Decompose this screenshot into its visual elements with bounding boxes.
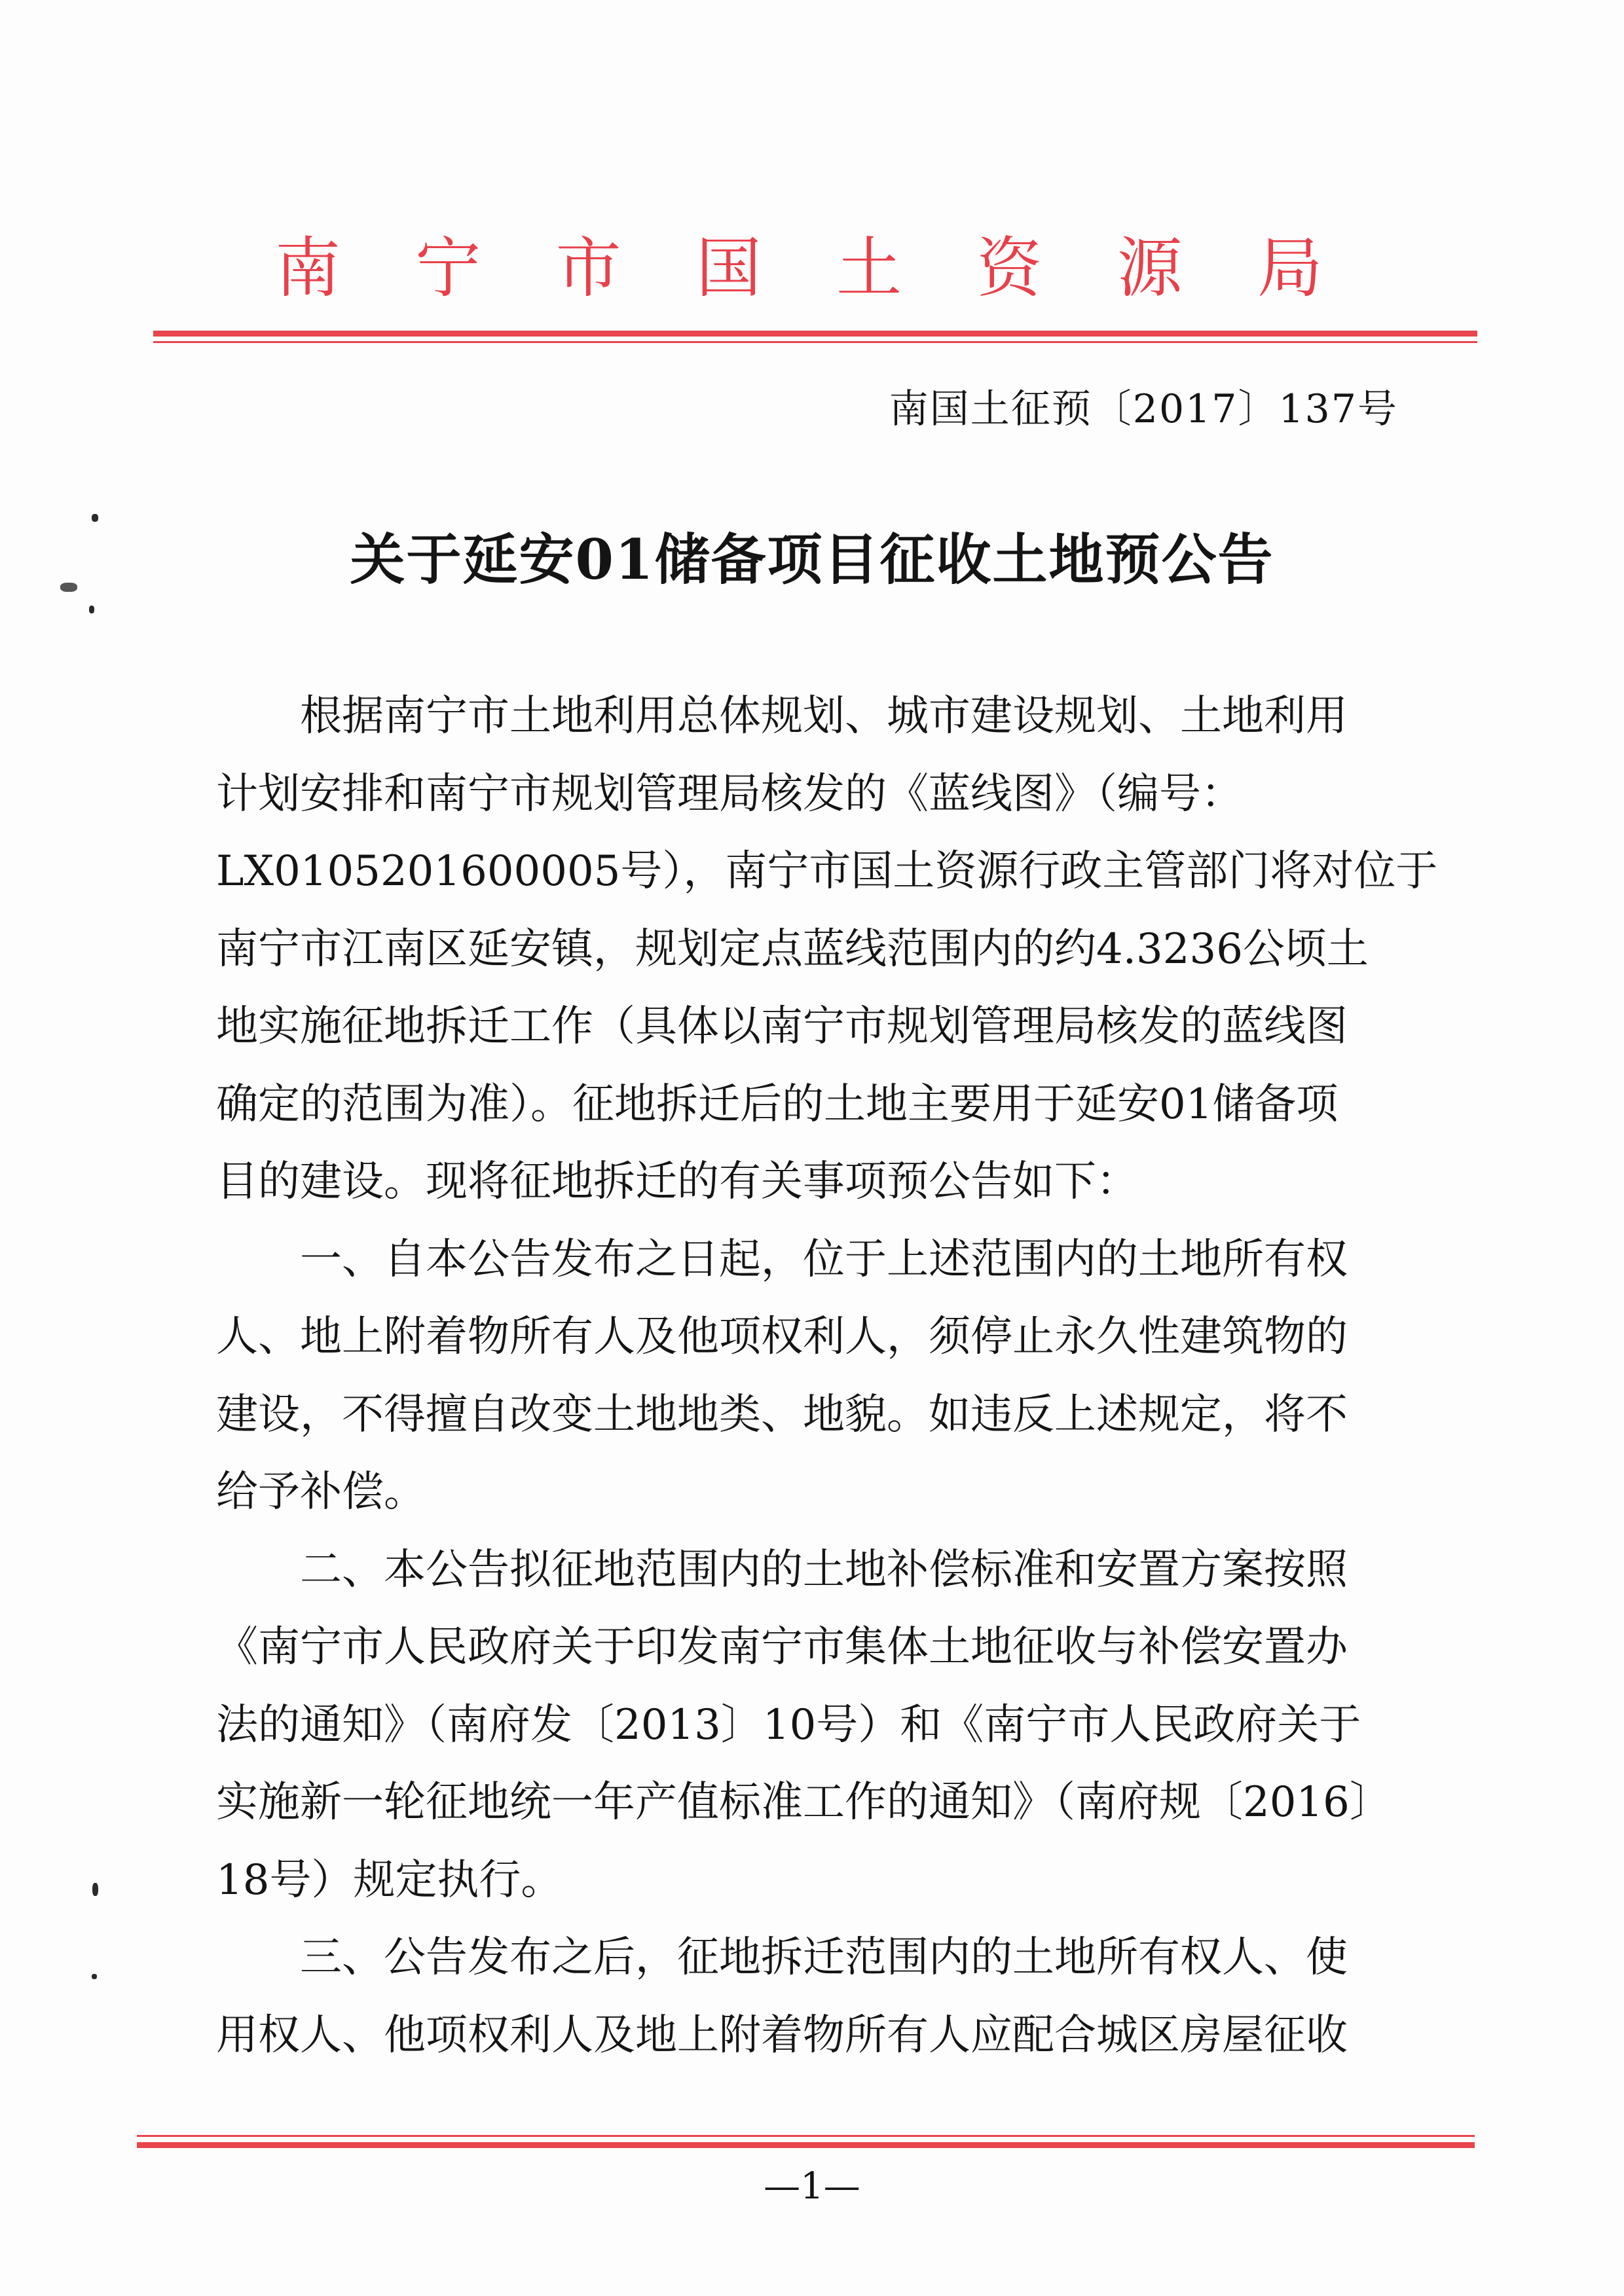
document-number: 南国土征预〔2017〕137号 [889, 380, 1398, 439]
header-rule-thin [153, 341, 1477, 343]
body-line-text: LX0105201600005号），南宁市国土资源行政主管部门将对位于 [216, 833, 1437, 911]
document-title: 关于延安01储备项目征收土地预公告 [0, 517, 1624, 602]
body-line: 用权人、他项权利人及地上附着物所有人应配合城区房屋征收 [216, 1997, 1405, 2075]
page-number: —1— [0, 2160, 1624, 2213]
letterhead-char: 资 [976, 229, 1042, 308]
scan-artifact-mark [92, 1883, 98, 1896]
body-line: 《南宁市人民政府关于印发南宁市集体土地征收与补偿安置办 [216, 1609, 1405, 1686]
body-line-text: 人、地上附着物所有人及他项权利人，须停止永久性建筑物的 [216, 1298, 1348, 1376]
body-line-text: 法的通知》（南府发〔2013〕10号）和《南宁市人民政府关于 [216, 1686, 1361, 1764]
body-line-text: 三、公告发布之后，征地拆迁范围内的土地所有权人、使 [300, 1919, 1348, 1997]
body-line: 建设，不得擅自改变土地地类、地貌。如违反上述规定，将不 [216, 1376, 1405, 1454]
body-line: 实施新一轮征地统一年产值标准工作的通知》（南府规〔2016〕 [216, 1764, 1405, 1842]
body-line: 南宁市江南区延安镇，规划定点蓝线范围内的约4.3236公顷土 [216, 911, 1405, 989]
footer-rule-thick [137, 2142, 1475, 2148]
body-line-text: 地实施征地拆迁工作（具体以南宁市规划管理局核发的蓝线图 [216, 988, 1348, 1066]
letterhead-char: 土 [836, 229, 902, 308]
body-line: 二、本公告拟征地范围内的土地补偿标准和安置方案按照 [216, 1531, 1405, 1609]
scan-artifact-mark [92, 514, 98, 522]
body-line-text: 给予补偿。 [216, 1453, 426, 1531]
body-line: 人、地上附着物所有人及他项权利人，须停止永久性建筑物的 [216, 1298, 1405, 1376]
body-line-text: 南宁市江南区延安镇，规划定点蓝线范围内的约4.3236公顷土 [216, 911, 1369, 989]
body-line: 确定的范围为准）。征地拆迁后的土地主要用于延安01储备项 [216, 1066, 1405, 1144]
body-line-text: 一、自本公告发布之日起，位于上述范围内的土地所有权 [300, 1221, 1348, 1299]
body-line-text: 根据南宁市土地利用总体规划、城市建设规划、土地利用 [300, 678, 1348, 756]
body-line-text: 用权人、他项权利人及地上附着物所有人应配合城区房屋征收 [216, 1997, 1348, 2075]
body-line-text: 实施新一轮征地统一年产值标准工作的通知》（南府规〔2016〕 [216, 1764, 1392, 1842]
document-body: 根据南宁市土地利用总体规划、城市建设规划、土地利用 计划安排和南宁市规划管理局核… [216, 678, 1405, 2074]
body-line: 法的通知》（南府发〔2013〕10号）和《南宁市人民政府关于 [216, 1686, 1405, 1764]
header-rule-thick [153, 331, 1477, 337]
body-line: 地实施征地拆迁工作（具体以南宁市规划管理局核发的蓝线图 [216, 988, 1405, 1066]
body-line-text: 确定的范围为准）。征地拆迁后的土地主要用于延安01储备项 [216, 1066, 1338, 1144]
body-line: 给予补偿。 [216, 1453, 1405, 1531]
footer-rule-thin [137, 2135, 1475, 2137]
body-line-text: 计划安排和南宁市规划管理局核发的《蓝线图》（编号： [216, 756, 1243, 833]
body-line: LX0105201600005号），南宁市国土资源行政主管部门将对位于 [216, 833, 1405, 911]
letterhead-char: 市 [556, 229, 621, 308]
organization-letterhead: 南 宁 市 国 土 资 源 局 [275, 229, 1323, 308]
body-line: 计划安排和南宁市规划管理局核发的《蓝线图》（编号： [216, 756, 1405, 833]
body-line: 一、自本公告发布之日起，位于上述范围内的土地所有权 [216, 1221, 1405, 1299]
scan-artifact-mark [92, 1974, 97, 1979]
scan-artifact-mark [89, 606, 94, 613]
body-line-text: 二、本公告拟征地范围内的土地补偿标准和安置方案按照 [300, 1531, 1348, 1609]
body-line-text: 《南宁市人民政府关于印发南宁市集体土地征收与补偿安置办 [216, 1609, 1348, 1686]
body-line: 三、公告发布之后，征地拆迁范围内的土地所有权人、使 [216, 1919, 1405, 1997]
letterhead-char: 南 [275, 229, 341, 308]
body-line: 目的建设。现将征地拆迁的有关事项预公告如下： [216, 1143, 1405, 1221]
letterhead-char: 国 [696, 229, 762, 308]
body-line: 18号）规定执行。 [216, 1842, 1405, 1920]
body-line-text: 目的建设。现将征地拆迁的有关事项预公告如下： [216, 1143, 1138, 1221]
letterhead-char: 源 [1117, 229, 1183, 308]
body-line-text: 建设，不得擅自改变土地地类、地貌。如违反上述规定，将不 [216, 1376, 1348, 1454]
scan-artifact-mark [60, 583, 77, 592]
letterhead-char: 局 [1257, 229, 1323, 308]
body-line-text: 18号）规定执行。 [216, 1842, 563, 1920]
body-line: 根据南宁市土地利用总体规划、城市建设规划、土地利用 [216, 678, 1405, 756]
letterhead-char: 宁 [415, 229, 481, 308]
